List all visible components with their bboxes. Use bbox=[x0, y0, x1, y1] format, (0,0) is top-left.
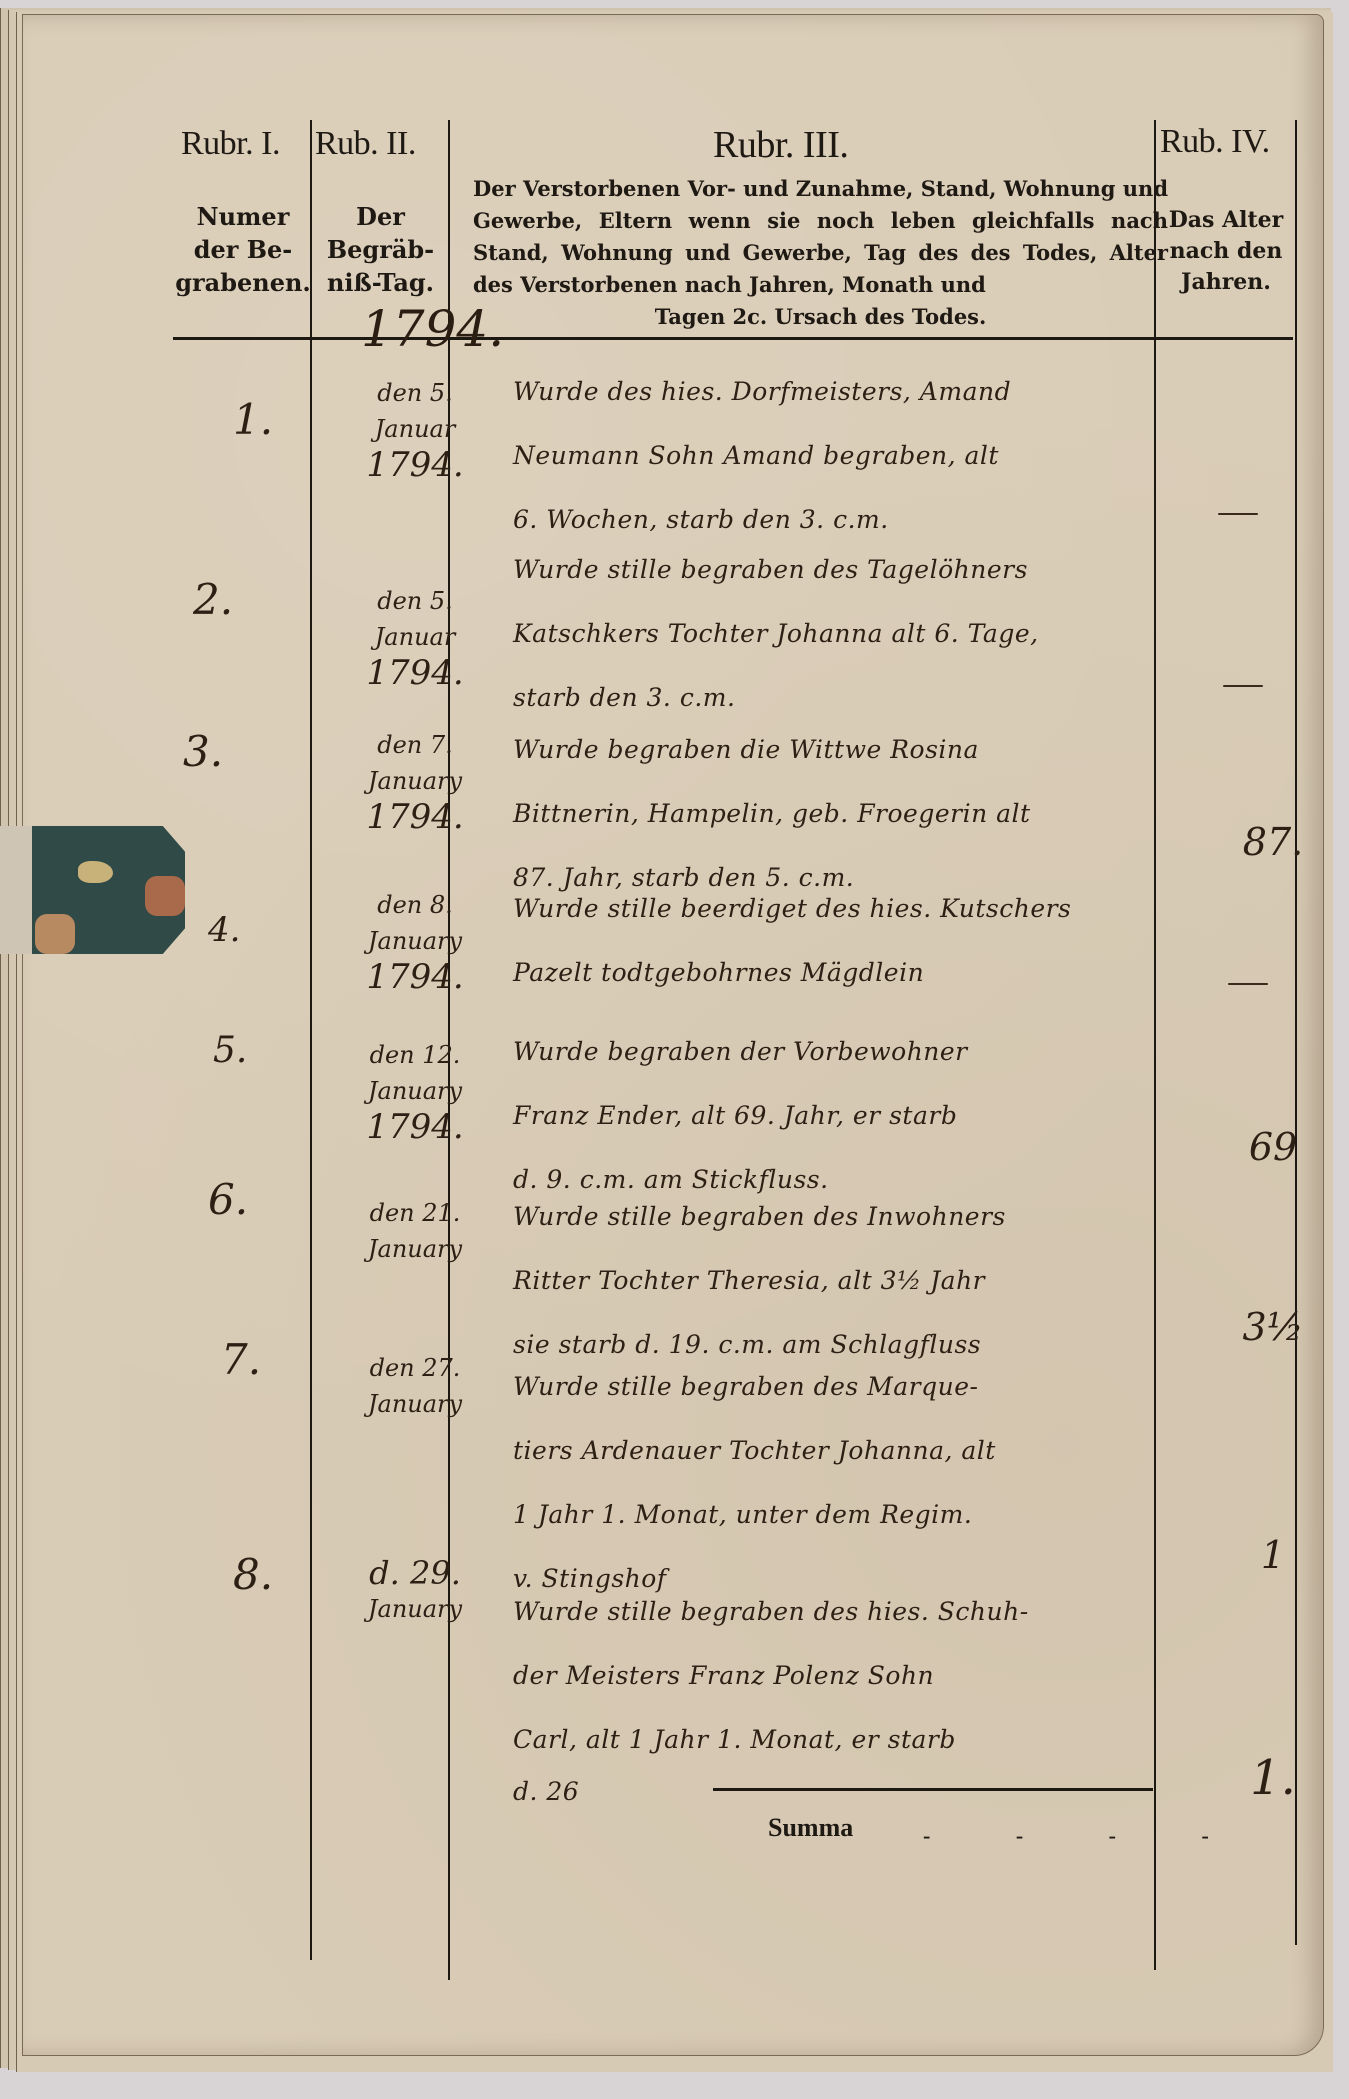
rubr-2-label: Der Begräb- niß-Tag. bbox=[313, 200, 448, 299]
rubr-2-line: niß-Tag. bbox=[313, 266, 448, 299]
entry-text: Wurde begraben der Vorbewohner Franz End… bbox=[513, 1020, 1173, 1212]
entry-line: Wurde stille begraben des Inwohners bbox=[513, 1185, 1173, 1249]
column-rule-4 bbox=[1295, 120, 1297, 1945]
rubr-2-line: Der bbox=[313, 200, 448, 233]
age-dash bbox=[1218, 513, 1258, 515]
date-day: den 5. bbox=[335, 583, 495, 619]
entry-date: den 8. January 1794. bbox=[335, 887, 495, 995]
entry-text: Wurde des hies. Dorfmeisters, Amand Neum… bbox=[513, 360, 1173, 552]
rubr-4-label: Das Alter nach den Jahren. bbox=[1156, 205, 1296, 298]
age-dash bbox=[1223, 685, 1263, 687]
rubr-4-line: nach den bbox=[1156, 236, 1296, 267]
date-day: d. 29. bbox=[335, 1555, 495, 1591]
summa-dots: - - - - bbox=[923, 1823, 1249, 1849]
date-year: 1794. bbox=[335, 959, 495, 995]
entry-number: 5. bbox=[213, 1030, 247, 1071]
entry-line: Franz Ender, alt 69. Jahr, er starb bbox=[513, 1084, 1173, 1148]
entry-number: 2. bbox=[193, 575, 233, 624]
date-year: 1794. bbox=[335, 1109, 495, 1145]
age-value: 3½ bbox=[1233, 1305, 1313, 1349]
age-value: 87. bbox=[1233, 820, 1313, 864]
page-tab-marker[interactable] bbox=[0, 826, 185, 954]
entry-line: Wurde stille beerdiget des hies. Kutsche… bbox=[513, 877, 1173, 941]
column-rule-1 bbox=[310, 120, 312, 1960]
header-rule bbox=[173, 337, 1293, 340]
rubr-4-title: Rub. IV. bbox=[1160, 123, 1270, 161]
entry-number: 4. bbox=[208, 910, 240, 950]
entry-date: den 27. January bbox=[335, 1350, 495, 1422]
rubr-3-text: Der Verstorbenen Vor- und Zunahme, Stand… bbox=[473, 176, 1168, 297]
date-day: den 21. bbox=[335, 1195, 495, 1231]
entry-text: Wurde stille begraben des Marque- tiers … bbox=[513, 1355, 1173, 1611]
tab-stain bbox=[35, 914, 75, 954]
entry-text: Wurde stille beerdiget des hies. Kutsche… bbox=[513, 877, 1173, 1005]
entry-date: den 7. January 1794. bbox=[335, 727, 495, 835]
date-month: January bbox=[335, 1073, 495, 1109]
entry-text: Wurde stille begraben des Inwohners Ritt… bbox=[513, 1185, 1173, 1377]
date-year: 1794. bbox=[335, 799, 495, 835]
entry-number: 1. bbox=[233, 395, 273, 444]
tab-stain bbox=[145, 876, 185, 916]
entry-date: den 12. January 1794. bbox=[335, 1037, 495, 1145]
date-month: January bbox=[335, 1231, 495, 1267]
entry-number: 8. bbox=[233, 1550, 273, 1599]
date-month: January bbox=[335, 1386, 495, 1422]
rubr-1-line: Numer bbox=[173, 200, 313, 233]
entry-line: Pazelt todtgebohrnes Mägdlein bbox=[513, 941, 1173, 1005]
entry-number: 6. bbox=[208, 1175, 248, 1224]
date-day: den 12. bbox=[335, 1037, 495, 1073]
date-day: den 7. bbox=[335, 727, 495, 763]
entry-number: 3. bbox=[183, 727, 223, 776]
register-page: Rubr. I. Numer der Be- grabenen. Rub. II… bbox=[22, 14, 1324, 2056]
date-month: Januar bbox=[335, 619, 495, 655]
entry-text: Wurde stille begraben des Tagelöhners Ka… bbox=[513, 538, 1173, 730]
date-month: January bbox=[335, 763, 495, 799]
age-value: 1 bbox=[1233, 1533, 1313, 1577]
entry-date: d. 29. January bbox=[335, 1555, 495, 1627]
rubr-3-last-line: Tagen 2c. Ursach des Todes. bbox=[473, 301, 1168, 333]
rubr-2-line: Begräb- bbox=[313, 233, 448, 266]
date-month: Januar bbox=[335, 411, 495, 447]
entry-line: Wurde des hies. Dorfmeisters, Amand bbox=[513, 360, 1173, 424]
age-value: 1. bbox=[1233, 1750, 1313, 1806]
rubr-4-line: Jahren. bbox=[1156, 267, 1296, 298]
entry-line: Carl, alt 1 Jahr 1. Monat, er starb bbox=[513, 1708, 1173, 1772]
entry-date: den 21. January bbox=[335, 1195, 495, 1267]
entry-line: Katschkers Tochter Johanna alt 6. Tage, bbox=[513, 602, 1173, 666]
rubr-3-description: Der Verstorbenen Vor- und Zunahme, Stand… bbox=[473, 173, 1168, 333]
entry-line: d. 26 bbox=[513, 1772, 1173, 1812]
rubr-3-title: Rubr. III. bbox=[713, 123, 848, 167]
rubr-1-line: der Be- bbox=[173, 233, 313, 266]
rubr-1-line: grabenen. bbox=[173, 266, 313, 299]
entry-line: Wurde begraben die Wittwe Rosina bbox=[513, 718, 1173, 782]
date-year: 1794. bbox=[335, 447, 495, 483]
entry-number: 7. bbox=[221, 1335, 261, 1384]
date-year: 1794. bbox=[335, 655, 495, 691]
entry-line: Wurde stille begraben des hies. Schuh- bbox=[513, 1580, 1173, 1644]
entry-line: 1 Jahr 1. Monat, unter dem Regim. bbox=[513, 1483, 1173, 1547]
date-day: den 5. bbox=[335, 375, 495, 411]
entry-date: den 5. Januar 1794. bbox=[335, 583, 495, 691]
entry-date: den 5. Januar 1794. bbox=[335, 375, 495, 483]
date-day: den 27. bbox=[335, 1350, 495, 1386]
date-month: January bbox=[335, 1591, 495, 1627]
entry-line: der Meisters Franz Polenz Sohn bbox=[513, 1644, 1173, 1708]
rubr-1-label: Numer der Be- grabenen. bbox=[173, 200, 313, 299]
entry-text: Wurde stille begraben des hies. Schuh- d… bbox=[513, 1580, 1173, 1812]
entry-line: Neumann Sohn Amand begraben, alt bbox=[513, 424, 1173, 488]
entry-line: Bittnerin, Hampelin, geb. Froegerin alt bbox=[513, 782, 1173, 846]
date-month: January bbox=[335, 923, 495, 959]
age-dash bbox=[1228, 983, 1268, 985]
rubr-1-title: Rubr. I. bbox=[181, 125, 280, 163]
entry-line: Wurde begraben der Vorbewohner bbox=[513, 1020, 1173, 1084]
entry-line: Ritter Tochter Theresia, alt 3½ Jahr bbox=[513, 1249, 1173, 1313]
entry-line: Wurde stille begraben des Marque- bbox=[513, 1355, 1173, 1419]
rubr-2-title: Rub. II. bbox=[315, 125, 416, 163]
entry-line: tiers Ardenauer Tochter Johanna, alt bbox=[513, 1419, 1173, 1483]
date-day: den 8. bbox=[335, 887, 495, 923]
entry-line: Wurde stille begraben des Tagelöhners bbox=[513, 538, 1173, 602]
rubr-4-line: Das Alter bbox=[1156, 205, 1296, 236]
age-value: 69 bbox=[1233, 1125, 1313, 1169]
summa-label: Summa bbox=[768, 1813, 853, 1843]
